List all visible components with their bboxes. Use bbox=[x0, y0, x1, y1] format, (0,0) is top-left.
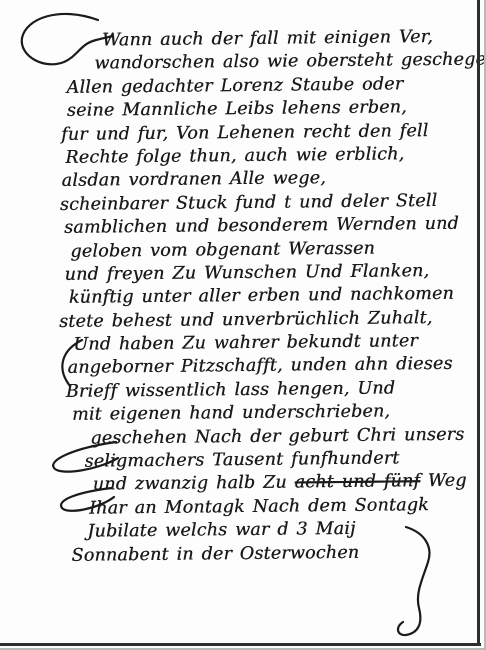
handwritten-line: angeborner Pitzschafft, unden ahn dieses bbox=[67, 353, 477, 381]
struck-through-text: acht und fünf bbox=[295, 472, 421, 493]
manuscript-page: Wann auch der fall mit einigen Ver,wando… bbox=[0, 0, 486, 650]
page-edge-right-line bbox=[477, 0, 480, 646]
handwritten-line: Sonnabent in der Osterwochen bbox=[71, 540, 479, 568]
handwritten-line: geschehen Nach der geburt Chri unsers bbox=[90, 423, 478, 450]
handwritten-line: samblichen und besonderem Wernden und bbox=[64, 213, 476, 241]
handwritten-line: wandorschen also wie obersteht geschege, bbox=[94, 49, 474, 76]
page-edge-bottom-line bbox=[0, 643, 481, 646]
handwritten-line: Ihar an Montagk Nach dem Sontagk bbox=[89, 493, 479, 520]
handwritten-line: fur und fur, Von Lehenen recht den fell bbox=[61, 119, 475, 147]
handwritten-text: Wann auch der fall mit einigen Ver,wando… bbox=[54, 26, 480, 568]
